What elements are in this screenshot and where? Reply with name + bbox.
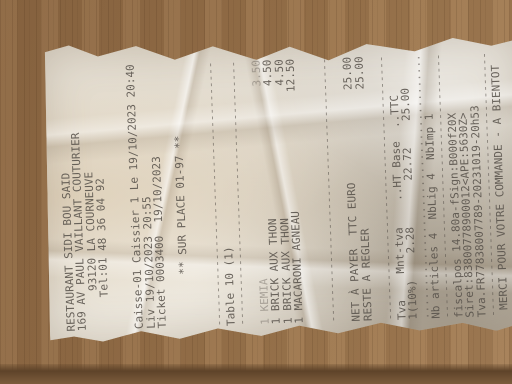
receipt-photo: RESTAURANT SIDI BOU SAID169 AV PAUL VAIL… (0, 0, 512, 384)
receipt-paper: RESTAURANT SIDI BOU SAID169 AV PAUL VAIL… (40, 30, 512, 347)
receipt-text: RESTAURANT SIDI BOU SAID169 AV PAUL VAIL… (40, 30, 512, 347)
wood-plank-seam (0, 364, 512, 384)
